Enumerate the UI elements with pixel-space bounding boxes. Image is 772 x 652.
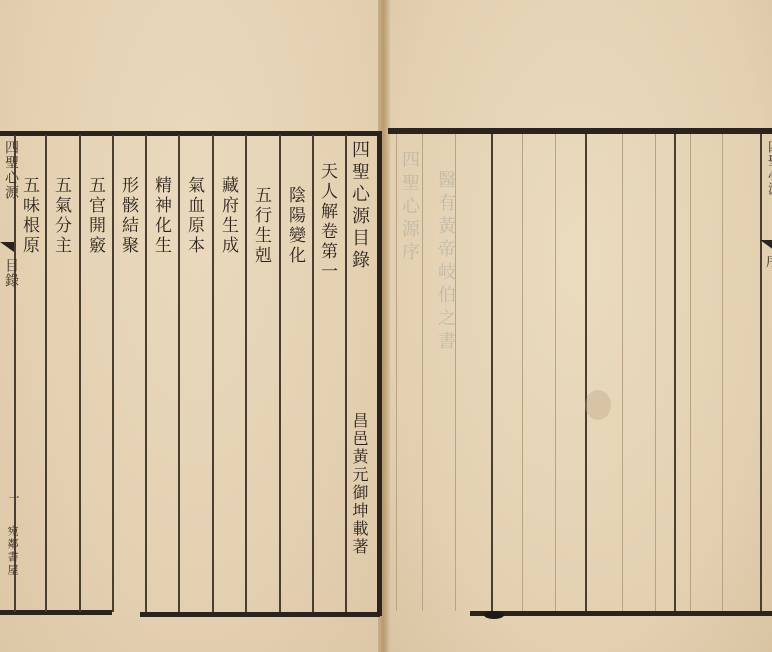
column-rule <box>345 135 347 612</box>
right-frame-top <box>388 128 772 134</box>
author-line: 昌邑黃元御坤載著 <box>348 412 370 556</box>
toc-entry: 五氣分主 <box>50 176 72 256</box>
show-through-text: 四聖心源序 <box>396 150 422 265</box>
left-frame-bottom <box>0 610 112 615</box>
column-rule <box>455 134 456 611</box>
column-rule <box>212 135 214 612</box>
fold-page-number: 一 <box>2 492 24 506</box>
column-rule <box>722 134 723 611</box>
fold-publisher: 宛鄰書屋 <box>1 525 23 577</box>
column-rule <box>112 135 114 612</box>
right-fold-title: 四聖心源 <box>761 140 772 196</box>
fold-section: 目錄 <box>0 258 22 288</box>
left-page <box>0 0 386 652</box>
right-fold-section: 序 <box>761 254 772 269</box>
column-rule <box>585 134 587 611</box>
column-rule <box>245 135 247 612</box>
ink-blot <box>484 611 504 619</box>
column-rule <box>690 134 691 611</box>
toc-entry: 形骸結聚 <box>117 176 139 256</box>
column-rule <box>522 134 523 611</box>
column-rule <box>45 135 47 612</box>
volume-heading: 天人解卷第一 <box>316 162 338 282</box>
toc-entry: 五行生剋 <box>250 186 272 266</box>
fish-tail-mark <box>0 242 14 252</box>
column-rule <box>312 135 314 612</box>
toc-title: 四聖心源目錄 <box>348 140 370 272</box>
toc-entry: 精神化生 <box>150 176 172 256</box>
toc-entry: 氣血原本 <box>183 176 205 256</box>
column-rule <box>491 134 493 611</box>
right-frame-bottom <box>470 611 772 616</box>
column-rule <box>422 134 423 611</box>
toc-entry: 五味根原 <box>18 176 40 256</box>
fish-tail-mark <box>760 240 772 250</box>
column-rule <box>760 134 762 611</box>
toc-entry: 五官開竅 <box>84 176 106 256</box>
column-rule <box>655 134 656 611</box>
left-frame-top <box>0 131 382 136</box>
column-rule <box>279 135 281 612</box>
column-rule <box>79 135 81 612</box>
toc-entry: 藏府生成 <box>217 176 239 256</box>
column-rule <box>178 135 180 612</box>
faint-seal-mark <box>585 390 611 420</box>
left-frame-right <box>377 131 382 616</box>
toc-entry: 陰陽變化 <box>284 186 306 266</box>
column-rule <box>555 134 556 611</box>
column-rule <box>674 134 676 611</box>
left-frame-bottom <box>140 612 380 617</box>
column-rule <box>145 135 147 612</box>
column-rule <box>622 134 623 611</box>
column-rule <box>396 134 397 611</box>
